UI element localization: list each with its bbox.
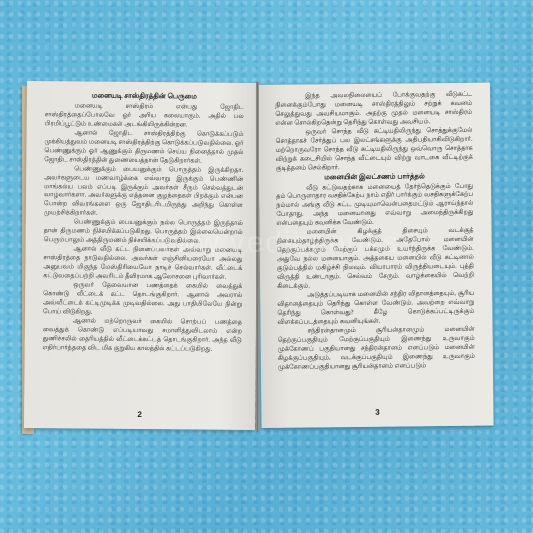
paragraph: வீடு கட்டுவதற்காக மனையைத் தேர்ந்தெடுக்கு… [276,182,473,229]
left-page-heading: மனையடி சாஸ்திரத்தின் பெருமை [45,91,244,102]
page-number: 3 [261,407,493,418]
paragraph: சந்திரன்தானமும் சூரியன்தானமும் மனையின் த… [278,326,475,373]
paragraph: ஆனால் மற்றொருவர் கையில் சொற்பப் பணத்தை வ… [43,317,242,355]
paragraph: மனையின் கிழக்குத் திசையும் வடக்குத் திசை… [277,227,475,292]
right-page: இந்த அவலநிலையைப் போக்குவதற்கு வீடுகட்ட ந… [258,83,494,428]
paragraph: இந்த அவலநிலையைப் போக்குவதற்கு வீடுகட்ட ந… [275,91,472,129]
paragraph: அடுத்தப்படியாக மனையின் சந்திர விதானத்தைய… [277,290,474,328]
page-number: 2 [24,409,255,420]
paragraph: பெண்ணுக்கும் பையனுக்கும் பொருத்தம் இருக்… [44,165,243,220]
paragraph: ஒருவர் சொந்த வீடு கட்டியதிலிருந்து சொத்த… [275,127,472,174]
paragraph: ஆனால் வீடு கட்ட நினைப்பவர்கள் அவ்வாறு மன… [43,245,242,283]
book-spine-gutter [256,82,259,432]
left-page: மனையடி சாஸ்திரத்தின் பெருமை மனையடி சாஸ்த… [24,81,258,430]
paragraph: ஆனால் ஜோதிட சாஸ்திரத்திற்கு கொடுக்கப்படு… [44,129,243,167]
paragraph: மனையடி சாஸ்திரம் என்பது ஜோதிட சாஸ்திரத்த… [45,102,244,131]
left-page-content: மனையடி சாஸ்திரத்தின் பெருமை மனையடி சாஸ்த… [43,91,244,354]
paragraph: பெண்ணுக்கும் பையனுக்கும் நல்ல பொருத்தம் … [44,218,243,247]
paragraph: ஒருவர் தேவையான பணத்தைக் கையில் வைத்துக் … [43,281,242,319]
right-page-content: இந்த அவலநிலையைப் போக்குவதற்கு வீடுகட்ட ந… [275,91,475,373]
